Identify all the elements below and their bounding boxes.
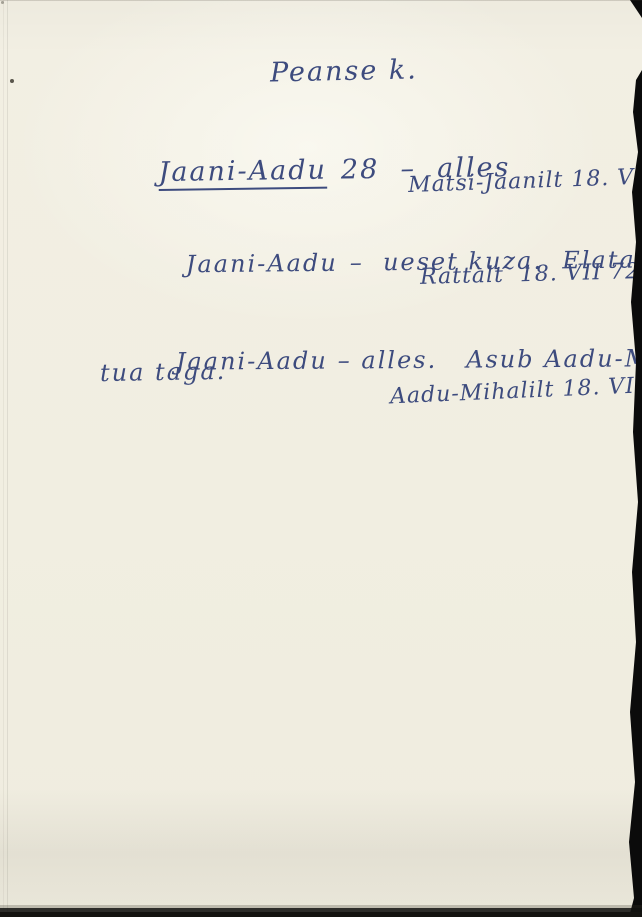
page-title: Peanse k. <box>270 54 418 88</box>
scan-background: Peanse k. Jaani-Aadu28 – alles Matsi-Jaa… <box>0 0 642 917</box>
entry-details: – alles. Asub Aadu-Mihali <box>338 344 642 375</box>
paper-crease-line <box>7 0 8 917</box>
paper-edge-line <box>3 0 4 917</box>
farm-name: Jaani-Aadu <box>186 249 338 279</box>
farm-name-underlined: Jaani-Aadu <box>158 155 327 188</box>
entry-details-continued: tua taga. <box>100 357 227 387</box>
dust-speck <box>1 1 4 4</box>
paper-sheet: Peanse k. Jaani-Aadu28 – alles Matsi-Jaa… <box>0 0 642 917</box>
dust-speck <box>10 79 14 83</box>
